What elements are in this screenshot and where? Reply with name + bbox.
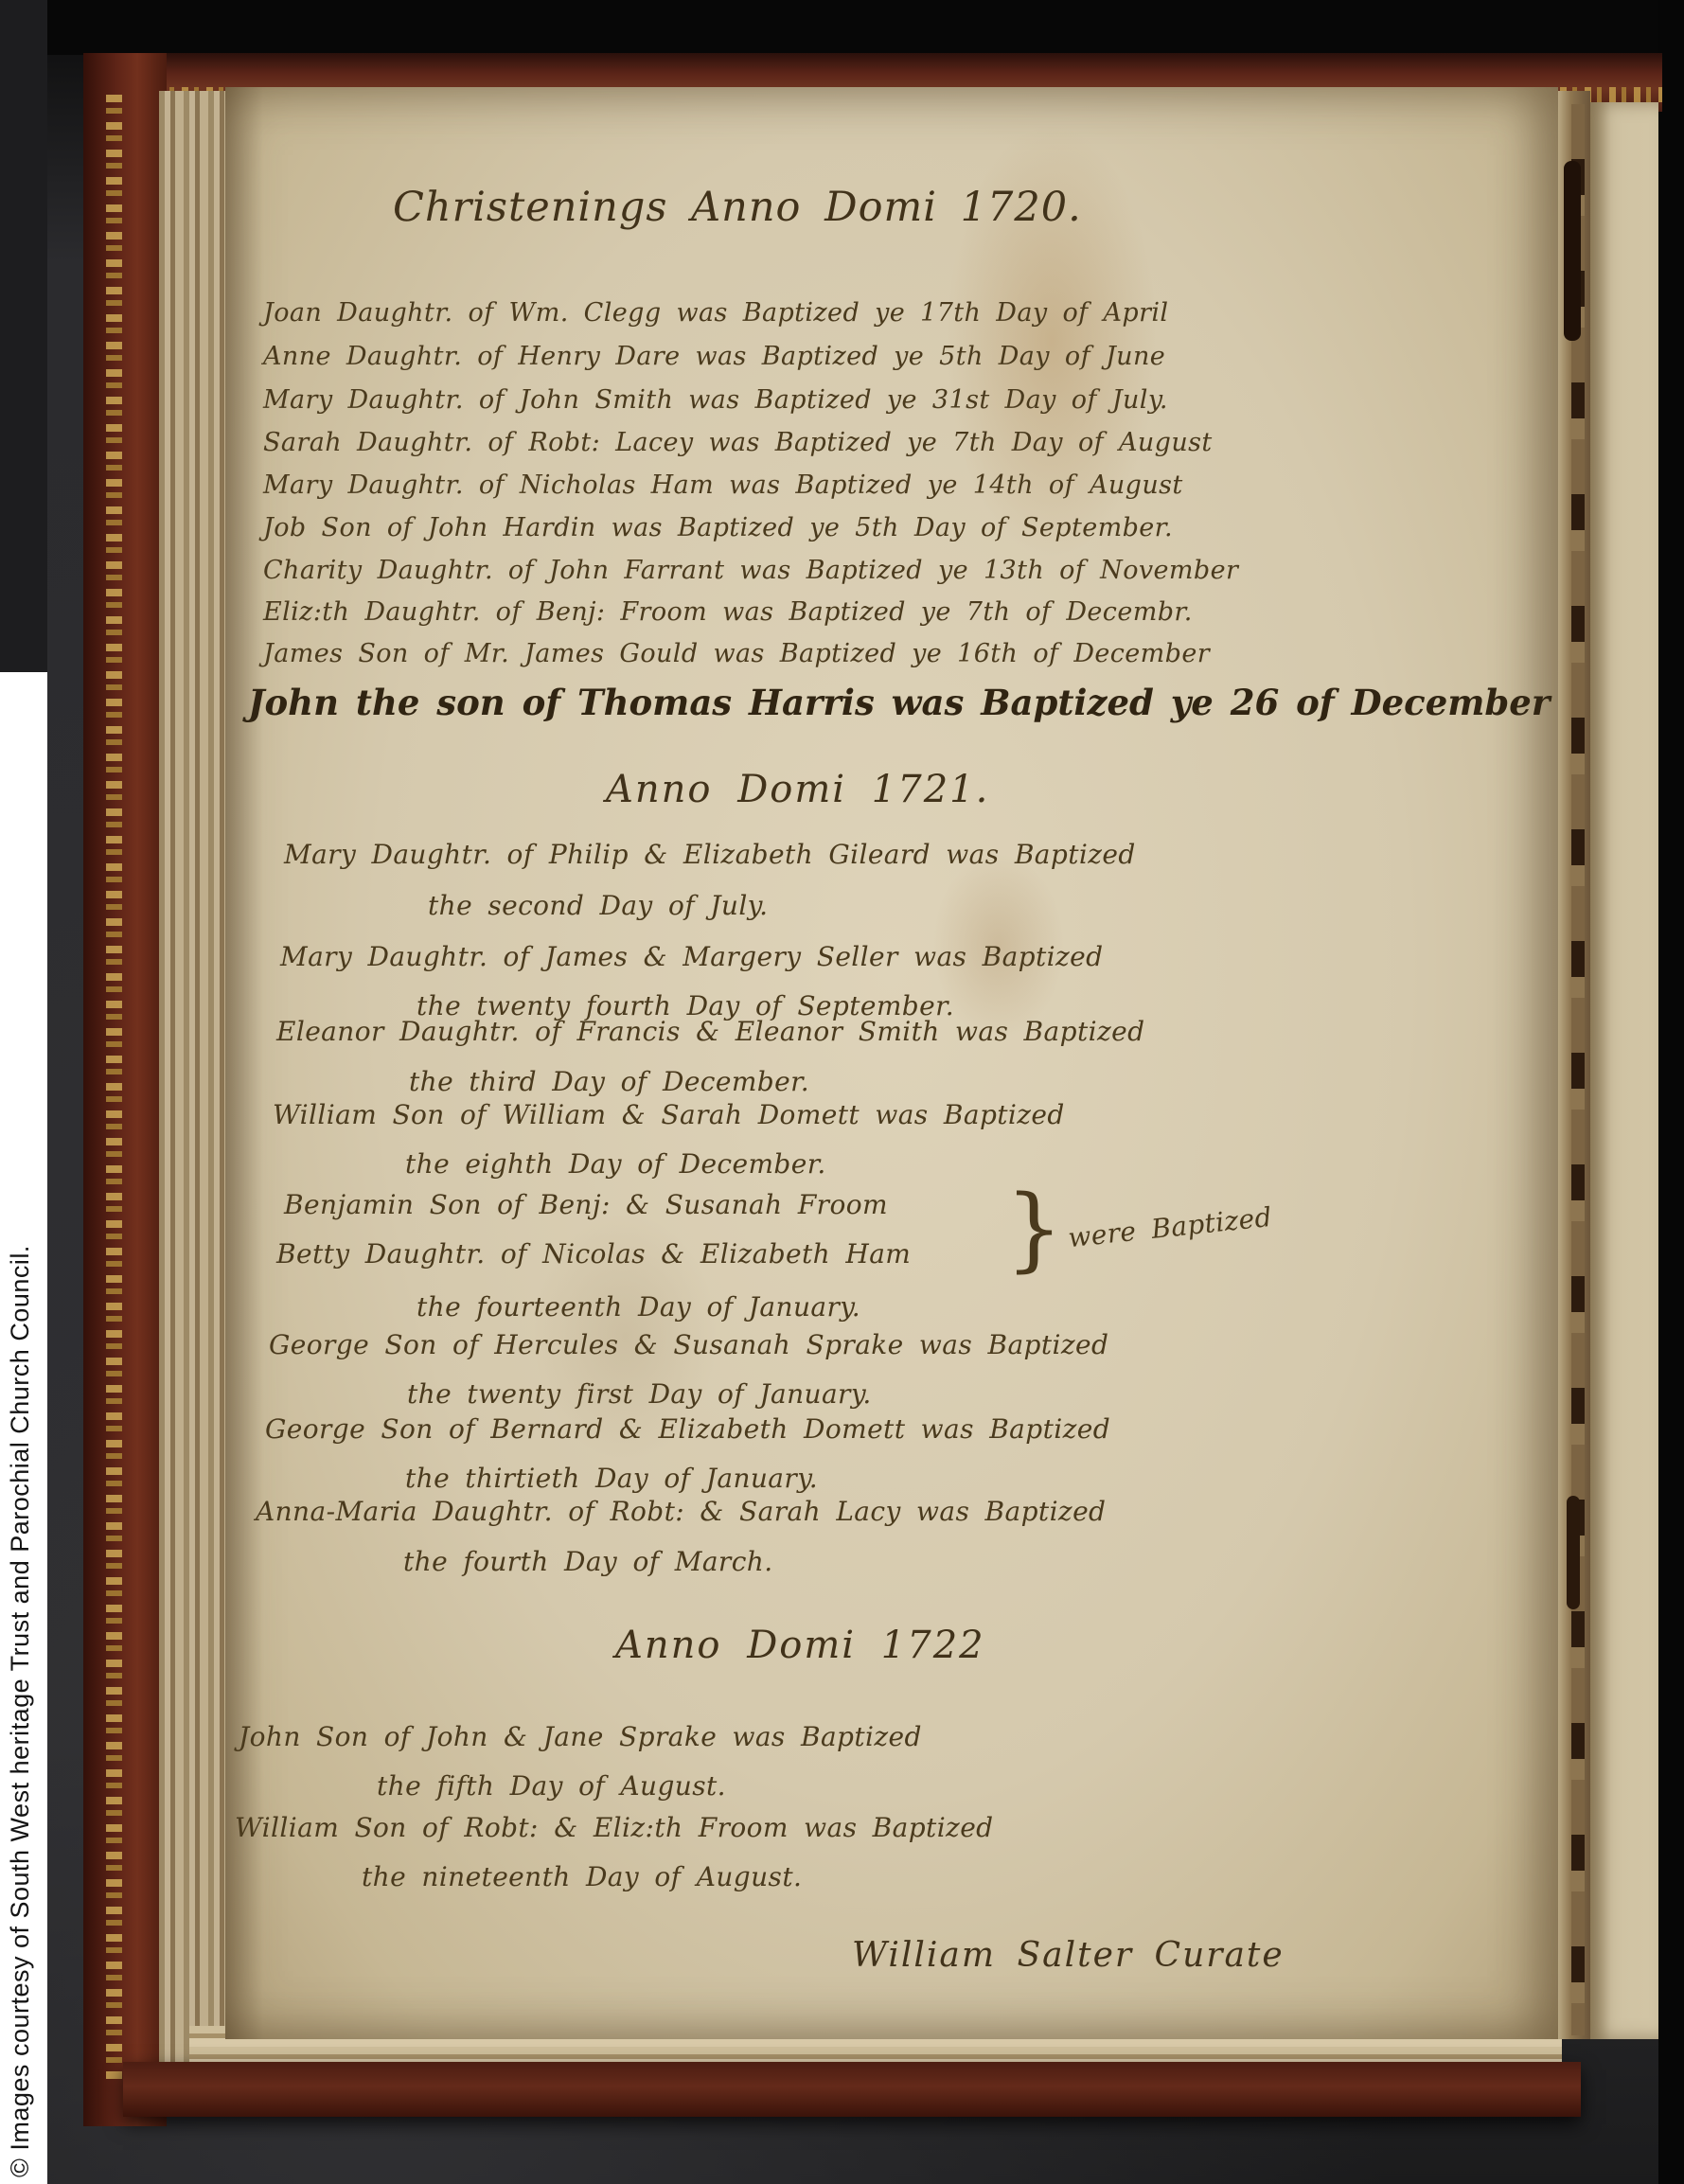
register-entry: Charity Daughtr. of John Farrant was Bap… xyxy=(263,557,1238,585)
register-entry: Joan Daughtr. of Wm. Clegg was Baptized … xyxy=(263,299,1168,328)
register-entry: Job Son of John Hardin was Baptized ye 5… xyxy=(263,514,1173,542)
register-entry-dateline: the fifth Day of August. xyxy=(377,1772,726,1802)
register-entry: Mary Daughtr. of James & Margery Seller … xyxy=(280,943,1103,972)
register-entry: Anna-Maria Daughtr. of Robt: & Sarah Lac… xyxy=(256,1498,1106,1527)
scan-right-border xyxy=(1658,0,1684,2184)
register-entry: Betty Daughtr. of Nicolas & Elizabeth Ha… xyxy=(276,1240,911,1270)
register-entry: James Son of Mr. James Gould was Baptize… xyxy=(263,640,1210,668)
register-entry: William Son of William & Sarah Domett wa… xyxy=(273,1101,1065,1130)
register-entry: Mary Daughtr. of John Smith was Baptized… xyxy=(263,386,1168,415)
register-entry: Mary Daughtr. of Philip & Elizabeth Gile… xyxy=(284,841,1136,870)
binding-stitches xyxy=(1571,104,1585,2035)
binding-tear xyxy=(1564,161,1581,341)
register-entry-dateline: the fourteenth Day of January. xyxy=(417,1293,860,1323)
register-entry-dateline: the eighth Day of December. xyxy=(405,1150,826,1180)
register-entry-harris: John the son of Thomas Harris was Baptiz… xyxy=(248,684,1550,722)
heading-1721: Anno Domi 1721. xyxy=(606,769,989,810)
scan-top-border xyxy=(0,0,1684,55)
register-entry-dateline: the second Day of July. xyxy=(428,892,769,921)
heading-1722: Anno Domi 1722 xyxy=(615,1625,985,1666)
register-entry: John Son of John & Jane Sprake was Bapti… xyxy=(239,1723,922,1752)
register-entry: George Son of Hercules & Susanah Sprake … xyxy=(269,1331,1108,1360)
entry-brace: } xyxy=(1005,1180,1063,1280)
register-entry: Mary Daughtr. of Nicholas Ham was Baptiz… xyxy=(263,471,1183,500)
gold-tooling-left xyxy=(106,95,122,2083)
register-entry: George Son of Bernard & Elizabeth Domett… xyxy=(265,1415,1110,1445)
register-entry: Anne Daughtr. of Henry Dare was Baptized… xyxy=(263,343,1165,371)
register-entry-dateline: the twenty first Day of January. xyxy=(407,1380,872,1410)
register-entry-dateline: the nineteenth Day of August. xyxy=(362,1863,802,1892)
register-entry: Eliz:th Daughtr. of Benj: Froom was Bapt… xyxy=(263,598,1193,627)
copyright-notice: © Images courtesy of South West heritage… xyxy=(6,701,47,2177)
register-entry: Eleanor Daughtr. of Francis & Eleanor Sm… xyxy=(276,1018,1144,1047)
register-scan: © Images courtesy of South West heritage… xyxy=(0,0,1684,2184)
register-entry: Sarah Daughtr. of Robt: Lacey was Baptiz… xyxy=(263,429,1213,457)
register-entry: William Son of Robt: & Eliz:th Froom was… xyxy=(235,1814,994,1843)
register-entry-dateline: the fourth Day of March. xyxy=(403,1548,773,1577)
leather-cover-left-edge xyxy=(83,53,167,2126)
register-entry: Benjamin Son of Benj: & Susanah Froom xyxy=(284,1191,888,1220)
page-title-1720: Christenings Anno Domi 1720. xyxy=(393,186,1082,230)
leather-cover-bottom-edge xyxy=(123,2062,1581,2117)
left-margin-dark xyxy=(0,0,47,672)
register-entry-dateline: the third Day of December. xyxy=(409,1068,809,1097)
register-entry-dateline: the thirtieth Day of January. xyxy=(405,1465,818,1494)
curate-signature: William Salter Curate xyxy=(852,1937,1285,1975)
binding-tear xyxy=(1567,1496,1580,1609)
next-page-edge xyxy=(1590,102,1658,2039)
